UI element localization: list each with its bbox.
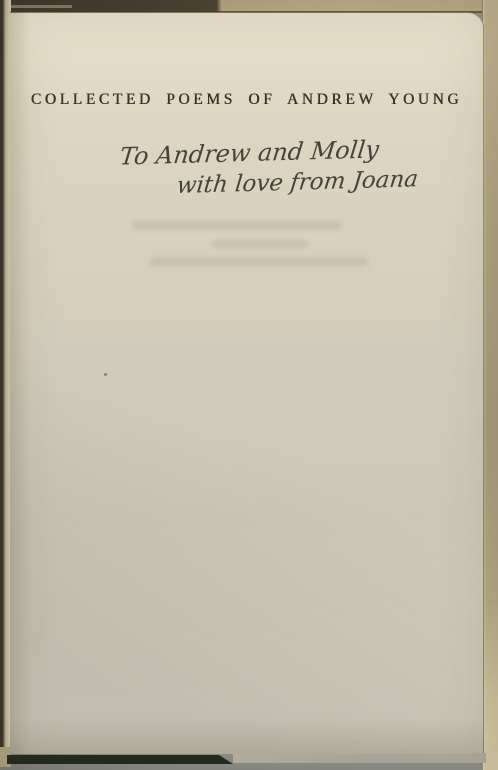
show-through-ghost-text bbox=[150, 257, 368, 266]
cover-bottom-edge bbox=[7, 755, 233, 764]
book-title: COLLECTED POEMS OF ANDREW YOUNG bbox=[10, 91, 483, 109]
inscription-line-2: with love from Joana bbox=[175, 166, 419, 199]
book-photo: COLLECTED POEMS OF ANDREW YOUNG To Andre… bbox=[0, 0, 498, 770]
paper-speck bbox=[104, 373, 107, 376]
show-through-ghost-text bbox=[132, 221, 342, 230]
book-fore-edge bbox=[482, 0, 498, 770]
page-block-bottom-edge bbox=[233, 753, 486, 763]
inscription-line-1: To Andrew and Molly bbox=[118, 135, 380, 170]
show-through-ghost-text bbox=[212, 240, 308, 248]
book-page: COLLECTED POEMS OF ANDREW YOUNG To Andre… bbox=[10, 12, 484, 754]
